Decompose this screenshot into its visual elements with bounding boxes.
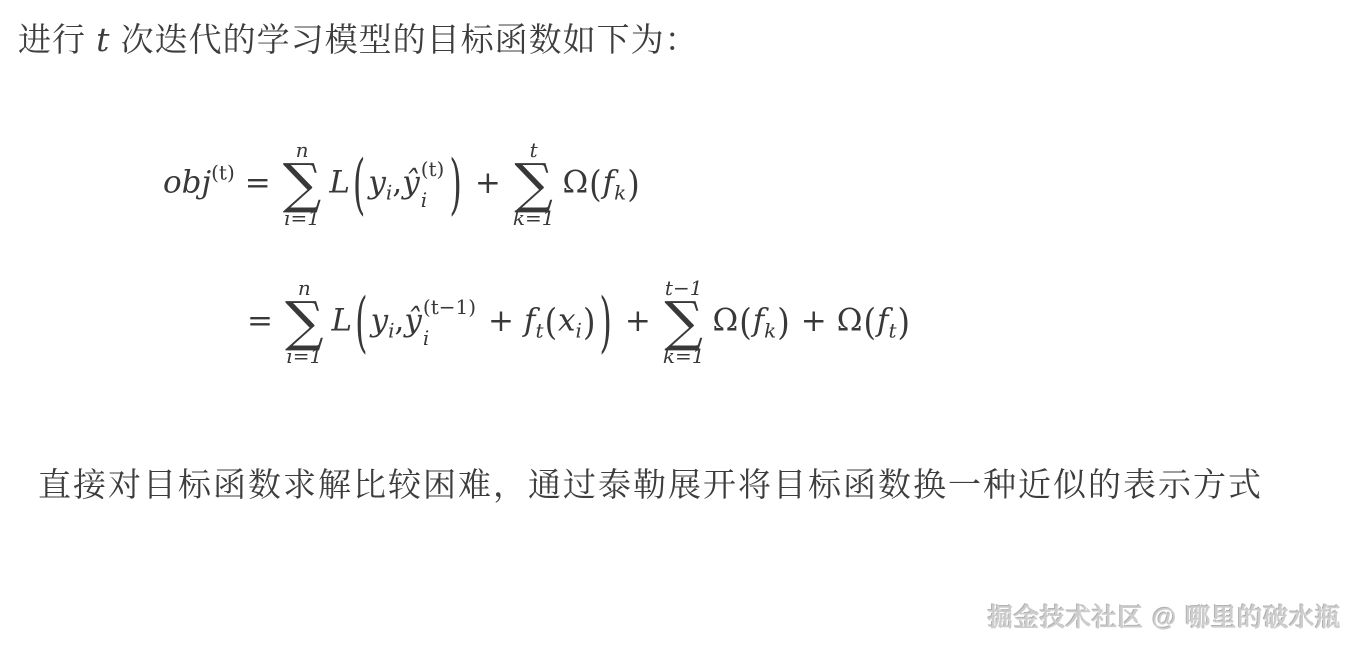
math-big-paren-close: ) bbox=[449, 151, 461, 217]
math-loss-L: L bbox=[329, 165, 350, 201]
equation-line-2: =n∑i=1L(yi,ŷ(t−1)i+ft(xi))+t−1∑k=1Ω(fk)+… bbox=[247, 276, 911, 368]
math-summation-i-to-n: n∑i=1 bbox=[283, 138, 322, 230]
math-big-paren-open: ( bbox=[355, 289, 367, 355]
watermark: 掘金技术社区 @ 哪里的破水瓶 bbox=[988, 598, 1341, 634]
math-obj-superscript: (t) bbox=[211, 161, 235, 185]
sigma-symbol: ∑ bbox=[514, 162, 553, 206]
math-f: f bbox=[603, 165, 614, 201]
math-f-subscript: t bbox=[888, 319, 896, 343]
math-plus: + bbox=[488, 303, 514, 339]
math-comma: , bbox=[392, 165, 402, 201]
paragraph-taylor: 直接对目标函数求解比较困难，通过泰勒展开将目标函数换一种近似的表示方式 bbox=[38, 464, 1263, 505]
math-paren-open: ( bbox=[589, 166, 601, 203]
math-omega: Ω bbox=[562, 165, 588, 201]
math-f: f bbox=[877, 303, 888, 339]
math-yhat-superscript: (t−1) bbox=[423, 297, 476, 317]
math-loss-L: L bbox=[332, 303, 353, 339]
math-f-subscript: k bbox=[764, 319, 776, 343]
math-yhat-subscript: i bbox=[421, 190, 427, 210]
math-x-subscript: i bbox=[576, 319, 582, 343]
math-yhat-scripts: (t)i bbox=[421, 159, 445, 210]
math-sum-lower-limit: i=1 bbox=[286, 344, 322, 368]
math-big-paren-close: ) bbox=[599, 289, 611, 355]
math-big-paren-open: ( bbox=[353, 151, 365, 217]
math-paren-close: ) bbox=[627, 166, 639, 203]
sigma-symbol: ∑ bbox=[664, 300, 703, 344]
math-paren-open: ( bbox=[863, 304, 875, 341]
math-equals: = bbox=[245, 165, 271, 201]
math-paren-close: ) bbox=[897, 304, 909, 341]
math-obj: obj bbox=[163, 165, 211, 201]
math-sum-lower-limit: k=1 bbox=[513, 206, 555, 230]
intro-text-post: 次迭代的学习模型的目标函数如下为： bbox=[110, 21, 698, 58]
equation-line-1: obj(t)=n∑i=1L(yi,ŷ(t)i)+t∑k=1Ω(fk) bbox=[163, 138, 641, 230]
math-yhat-subscript: i bbox=[423, 328, 429, 348]
math-paren-open: ( bbox=[739, 304, 751, 341]
math-yhat-scripts: (t−1)i bbox=[423, 297, 476, 348]
math-omega: Ω bbox=[713, 303, 739, 339]
intro-variable-t: t bbox=[96, 20, 110, 59]
intro-text-pre: 进行 bbox=[18, 21, 96, 58]
math-f-subscript: k bbox=[614, 181, 626, 205]
sigma-symbol: ∑ bbox=[283, 162, 322, 206]
math-paren-close: ) bbox=[583, 304, 595, 341]
math-plus: + bbox=[801, 303, 827, 339]
math-f-subscript: t bbox=[536, 319, 544, 343]
math-y: y bbox=[368, 165, 386, 201]
math-sum-lower-limit: k=1 bbox=[663, 344, 705, 368]
math-summation-k-to-t-minus-1: t−1∑k=1 bbox=[663, 276, 705, 368]
math-plus: + bbox=[625, 303, 651, 339]
math-yhat: ŷ bbox=[402, 165, 420, 201]
math-equals: = bbox=[247, 303, 273, 339]
article-page: 进行 t 次迭代的学习模型的目标函数如下为： obj(t)=n∑i=1L(yi,… bbox=[0, 0, 1350, 648]
math-comma: , bbox=[395, 303, 405, 339]
math-yhat-superscript: (t) bbox=[421, 159, 445, 179]
math-x: x bbox=[558, 303, 575, 339]
math-f: f bbox=[524, 303, 535, 339]
math-sum-lower-limit: i=1 bbox=[284, 206, 320, 230]
paragraph-intro: 进行 t 次迭代的学习模型的目标函数如下为： bbox=[18, 20, 699, 60]
math-plus: + bbox=[475, 165, 501, 201]
sigma-symbol: ∑ bbox=[285, 300, 324, 344]
math-summation-i-to-n: n∑i=1 bbox=[285, 276, 324, 368]
math-omega: Ω bbox=[837, 303, 863, 339]
math-paren-open: ( bbox=[545, 304, 557, 341]
math-yhat: ŷ bbox=[404, 303, 422, 339]
math-paren-close: ) bbox=[777, 304, 789, 341]
math-y: y bbox=[371, 303, 389, 339]
math-f: f bbox=[753, 303, 764, 339]
math-summation-k-to-t: t∑k=1 bbox=[513, 138, 555, 230]
